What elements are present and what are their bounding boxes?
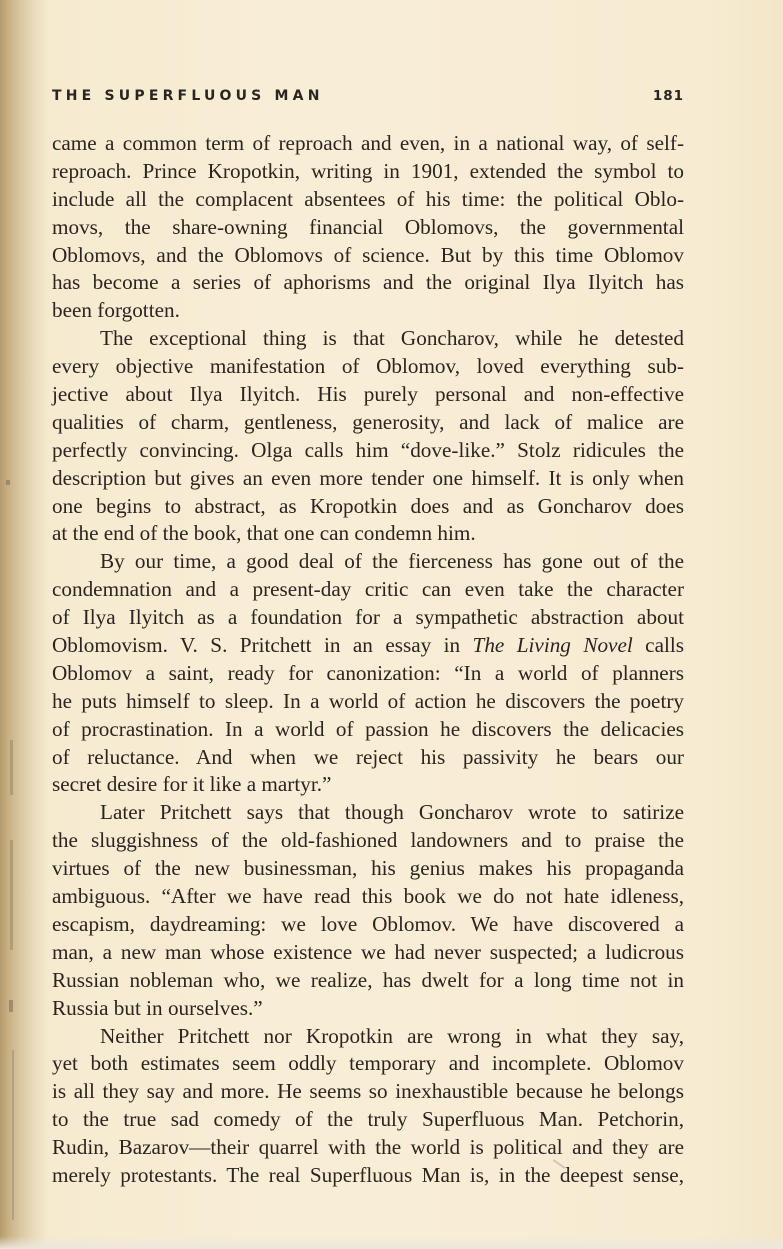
running-head: THE SUPERFLUOUS MAN 181 [52, 86, 684, 106]
book-page: THE SUPERFLUOUS MAN 181 came a common te… [0, 0, 783, 1249]
page-edge [0, 1236, 783, 1249]
text-line: The exceptional thing is that Goncharov,… [52, 325, 684, 353]
book-title: The Living Novel [473, 633, 633, 657]
paragraph: Neither Pritchett nor Kropotkin are wron… [52, 1023, 684, 1190]
text-line: secret desire for it like a martyr.” [52, 771, 684, 799]
binding-mark [9, 1000, 13, 1012]
text-line: at the end of the book, that one can con… [52, 520, 684, 548]
text-line: virtues of the new businessman, his geni… [52, 855, 684, 883]
binding-mark [6, 480, 10, 485]
body-text: came a common term of reproach and even,… [52, 130, 684, 1190]
gutter-shadow [0, 0, 46, 1249]
text-line: Russia but in ourselves.” [52, 995, 684, 1023]
text-line: Later Pritchett says that though Gonchar… [52, 799, 684, 827]
text-line: Oblomovism. V. S. Pritchett in an essay … [52, 632, 684, 660]
binding-mark [10, 740, 13, 795]
page-number: 181 [653, 88, 684, 104]
binding-mark [12, 1050, 14, 1220]
text-line: every objective manifestation of Oblomov… [52, 353, 684, 381]
text-line: has become a series of aphorisms and the… [52, 269, 684, 297]
text-line: one begins to abstract, as Kropotkin doe… [52, 493, 684, 521]
text-line: Oblomovs, and the Oblomovs of science. B… [52, 242, 684, 270]
text-line: Oblomov a saint, ready for canonization:… [52, 660, 684, 688]
running-title: THE SUPERFLUOUS MAN [52, 88, 324, 104]
text-line: ambiguous. “After we have read this book… [52, 883, 684, 911]
text-line: Rudin, Bazarov—their quarrel with the wo… [52, 1134, 684, 1162]
paragraph: The exceptional thing is that Goncharov,… [52, 325, 684, 548]
text-line: to the true sad comedy of the truly Supe… [52, 1106, 684, 1134]
text-line: came a common term of reproach and even,… [52, 130, 684, 158]
text-line: description but gives an even more tende… [52, 465, 684, 493]
text-line: condemnation and a present-day critic ca… [52, 576, 684, 604]
paragraph: came a common term of reproach and even,… [52, 130, 684, 325]
binding-mark [10, 840, 13, 950]
text-line: of procrastination. In a world of passio… [52, 716, 684, 744]
text-line: movs, the share-owning financial Oblomov… [52, 214, 684, 242]
text-line: Russian nobleman who, we realize, has dw… [52, 967, 684, 995]
text-line: yet both estimates seem oddly temporary … [52, 1050, 684, 1078]
text-line: escapism, daydreaming: we love Oblomov. … [52, 911, 684, 939]
text-line: jective about Ilya Ilyitch. His purely p… [52, 381, 684, 409]
text-line: of Ilya Ilyitch as a foundation for a sy… [52, 604, 684, 632]
text-run: calls [633, 633, 684, 657]
paragraph: By our time, a good deal of the fiercene… [52, 548, 684, 799]
paragraph: Later Pritchett says that though Gonchar… [52, 799, 684, 1022]
text-line: merely protestants. The real Superfluous… [52, 1162, 684, 1190]
text-line: is all they say and more. He seems so in… [52, 1078, 684, 1106]
text-line: Neither Pritchett nor Kropotkin are wron… [52, 1023, 684, 1051]
text-line: By our time, a good deal of the fiercene… [52, 548, 684, 576]
text-line: of reluctance. And when we reject his pa… [52, 744, 684, 772]
text-line: man, a new man whose existence we had ne… [52, 939, 684, 967]
text-line: the sluggishness of the old-fashioned la… [52, 827, 684, 855]
text-line: qualities of charm, gentleness, generosi… [52, 409, 684, 437]
text-run: Oblomovism. V. S. Pritchett in an essay … [52, 633, 473, 657]
text-line: perfectly convincing. Olga calls him “do… [52, 437, 684, 465]
text-line: include all the complacent absentees of … [52, 186, 684, 214]
text-line: he puts himself to sleep. In a world of … [52, 688, 684, 716]
text-line: been forgotten. [52, 297, 684, 325]
text-line: reproach. Prince Kropotkin, writing in 1… [52, 158, 684, 186]
